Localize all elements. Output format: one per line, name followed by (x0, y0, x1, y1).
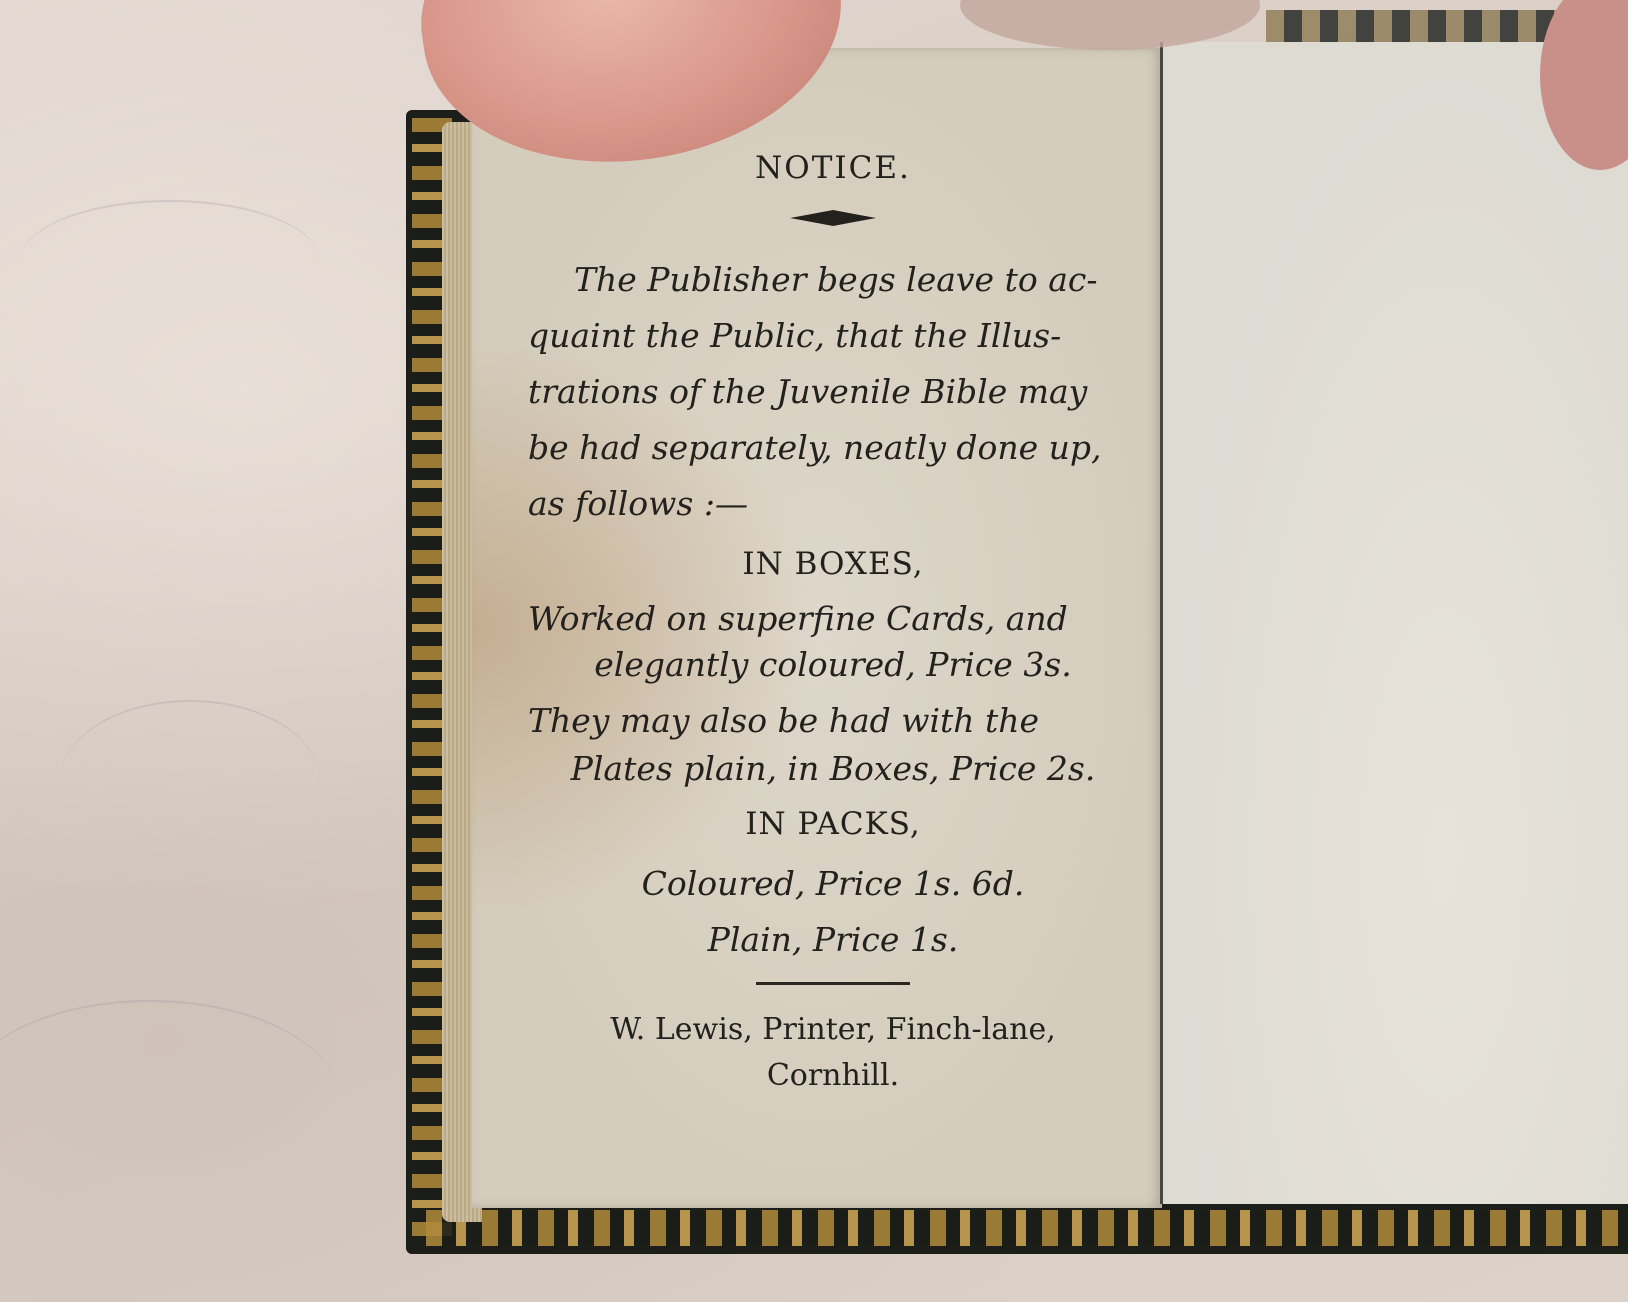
body-line: trations of the Juvenile Bible may (528, 364, 1138, 420)
section-heading-boxes: IN BOXES, (528, 538, 1138, 590)
body-line: quaint the Public, that the Illus- (528, 308, 1138, 364)
marble-vein (20, 200, 320, 322)
printer-imprint: W. Lewis, Printer, Finch-lane, (528, 1007, 1138, 1053)
marble-vein (60, 700, 320, 862)
section-line: elegantly coloured, Price 3s. (528, 642, 1138, 688)
divider-rule (756, 982, 910, 985)
marble-vein (0, 1000, 340, 1202)
section-line: Coloured, Price 1s. 6d. (528, 856, 1138, 912)
notice-text: NOTICE. The Publisher begs leave to ac- … (528, 150, 1138, 1099)
section-line: Plates plain, in Boxes, Price 2s. (528, 746, 1138, 792)
right-page-blank (1160, 42, 1628, 1204)
diamond-ornament-icon (790, 210, 876, 226)
body-line: be had separately, neatly done up, (528, 420, 1138, 476)
section-line: Worked on superfine Cards, and (528, 596, 1138, 642)
printer-imprint: Cornhill. (528, 1053, 1138, 1099)
section-line: Plain, Price 1s. (528, 912, 1138, 968)
section-heading-packs: IN PACKS, (528, 798, 1138, 850)
body-line: The Publisher begs leave to ac- (528, 252, 1138, 308)
gilt-border-bottom (426, 1210, 1628, 1246)
body-line: as follows :— (528, 476, 1138, 532)
section-line: They may also be had with the (528, 696, 1138, 746)
